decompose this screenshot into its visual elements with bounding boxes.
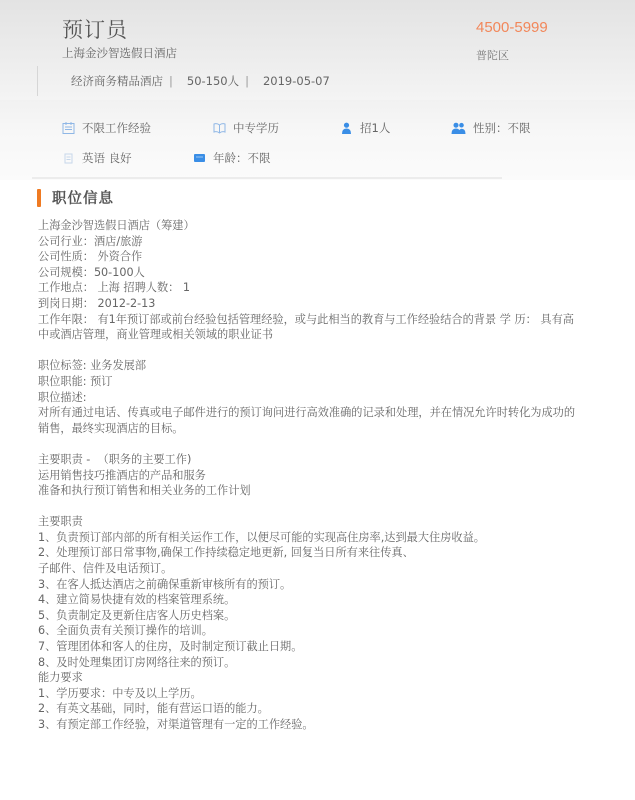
- desc-line: 职位标签: 业务发展部: [38, 358, 618, 374]
- tag-age: 年龄：不限: [193, 150, 271, 166]
- desc-line: 主要职责: [38, 514, 618, 530]
- tag-headcount: 招1人: [340, 120, 390, 136]
- desc-line: 3、有预定部工作经验，对渠道管理有一定的工作经验。: [38, 717, 618, 733]
- district: 普陀区: [476, 47, 509, 63]
- company-type: 经济商务精品酒店: [71, 73, 163, 89]
- tag-gender: 性别：不限: [451, 120, 531, 136]
- divider: [32, 177, 502, 179]
- card-icon: [193, 152, 206, 164]
- desc-line: 3、在客人抵达酒店之前确保重新审核所有的预订。: [38, 577, 618, 593]
- tag-label: 年龄：不限: [213, 150, 271, 166]
- company-meta: 经济商务精品酒店 | 50-150人 | 2019-05-07: [37, 66, 330, 96]
- desc-line: 上海金沙智选假日酒店（筹建）: [38, 218, 618, 234]
- job-title: 预订员: [62, 14, 128, 44]
- post-date: 2019-05-07: [263, 74, 330, 88]
- job-description: 上海金沙智选假日酒店（筹建） 公司行业：酒店/旅游 公司性质： 外资合作 公司规…: [38, 218, 618, 733]
- desc-line: 能力要求: [38, 670, 618, 686]
- desc-line: 4、建立简易快捷有效的档案管理系统。: [38, 592, 618, 608]
- desc-line: 1、负责预订部内部的所有相关运作工作，以便尽可能的实现高住房率,达到最大住房收益…: [38, 530, 618, 546]
- tag-label: 性别：不限: [473, 120, 531, 136]
- desc-line: 5、负责制定及更新住店客人历史档案。: [38, 608, 618, 624]
- section-accent-bar: [37, 189, 41, 207]
- section-header: 职位信息: [37, 187, 114, 208]
- tag-label: 不限工作经验: [82, 120, 151, 136]
- desc-line: 公司性质： 外资合作: [38, 249, 618, 265]
- tag-label: 中专学历: [233, 120, 279, 136]
- calendar-icon: [62, 122, 75, 134]
- salary-range: 4500-5999: [476, 19, 548, 36]
- book-icon: [213, 122, 226, 134]
- language-icon: [62, 152, 75, 164]
- desc-line: 公司行业：酒店/旅游: [38, 234, 618, 250]
- tag-label: 英语 良好: [82, 150, 132, 166]
- desc-line: 中或酒店管理，商业管理或相关领域的职业证书: [38, 327, 618, 343]
- person-icon: [340, 122, 353, 134]
- tag-experience: 不限工作经验: [62, 120, 151, 136]
- desc-line: 运用销售技巧推酒店的产品和服务: [38, 468, 618, 484]
- meta-separator: |: [169, 74, 173, 88]
- desc-line: 7、管理团体和客人的住房，及时制定预订截止日期。: [38, 639, 618, 655]
- desc-line: 职位描述:: [38, 390, 618, 406]
- desc-line: 1、学历要求：中专及以上学历。: [38, 686, 618, 702]
- desc-line: 6、全面负责有关预订操作的培训。: [38, 623, 618, 639]
- desc-line: 2、有英文基础，同时，能有营运口语的能力。: [38, 701, 618, 717]
- desc-line: 对所有通过电话、传真或电子邮件进行的预订询问进行高效准确的记录和处理，并在情况允…: [38, 405, 618, 421]
- desc-line: 8、及时处理集团订房网络往来的预订。: [38, 655, 618, 671]
- spacer: [38, 436, 618, 452]
- company-size: 50-150人: [187, 73, 239, 89]
- desc-line: 子邮件、信件及电话预订。: [38, 561, 618, 577]
- spacer: [38, 499, 618, 515]
- desc-line: 到岗日期： 2012-2-13: [38, 296, 618, 312]
- desc-line: 2、处理预订部日常事物,确保工作持续稳定地更新, 回复当日所有来往传真、: [38, 545, 618, 561]
- people-icon: [451, 122, 466, 134]
- desc-line: 公司规模：50-100人: [38, 265, 618, 281]
- company-name[interactable]: 上海金沙智选假日酒店: [62, 45, 177, 61]
- tag-education: 中专学历: [213, 120, 279, 136]
- tag-label: 招1人: [360, 120, 390, 136]
- job-requirements: 不限工作经验 中专学历 招1人 性别：不限 英语 良好: [0, 100, 635, 180]
- meta-separator: |: [245, 74, 249, 88]
- desc-line: 工作年限： 有1年预订部或前台经验包括管理经验，或与此相当的教育与工作经验结合的…: [38, 312, 618, 328]
- section-title: 职位信息: [52, 187, 114, 208]
- job-header: 预订员 上海金沙智选假日酒店 4500-5999 普陀区 经济商务精品酒店 | …: [0, 0, 635, 100]
- desc-line: 职位职能: 预订: [38, 374, 618, 390]
- tag-language: 英语 良好: [62, 150, 132, 166]
- desc-line: 工作地点： 上海 招聘人数： 1: [38, 280, 618, 296]
- desc-line: 主要职责 - （职务的主要工作): [38, 452, 618, 468]
- desc-line: 销售，最终实现酒店的目标。: [38, 421, 618, 437]
- desc-line: 准备和执行预订销售和相关业务的工作计划: [38, 483, 618, 499]
- spacer: [38, 343, 618, 359]
